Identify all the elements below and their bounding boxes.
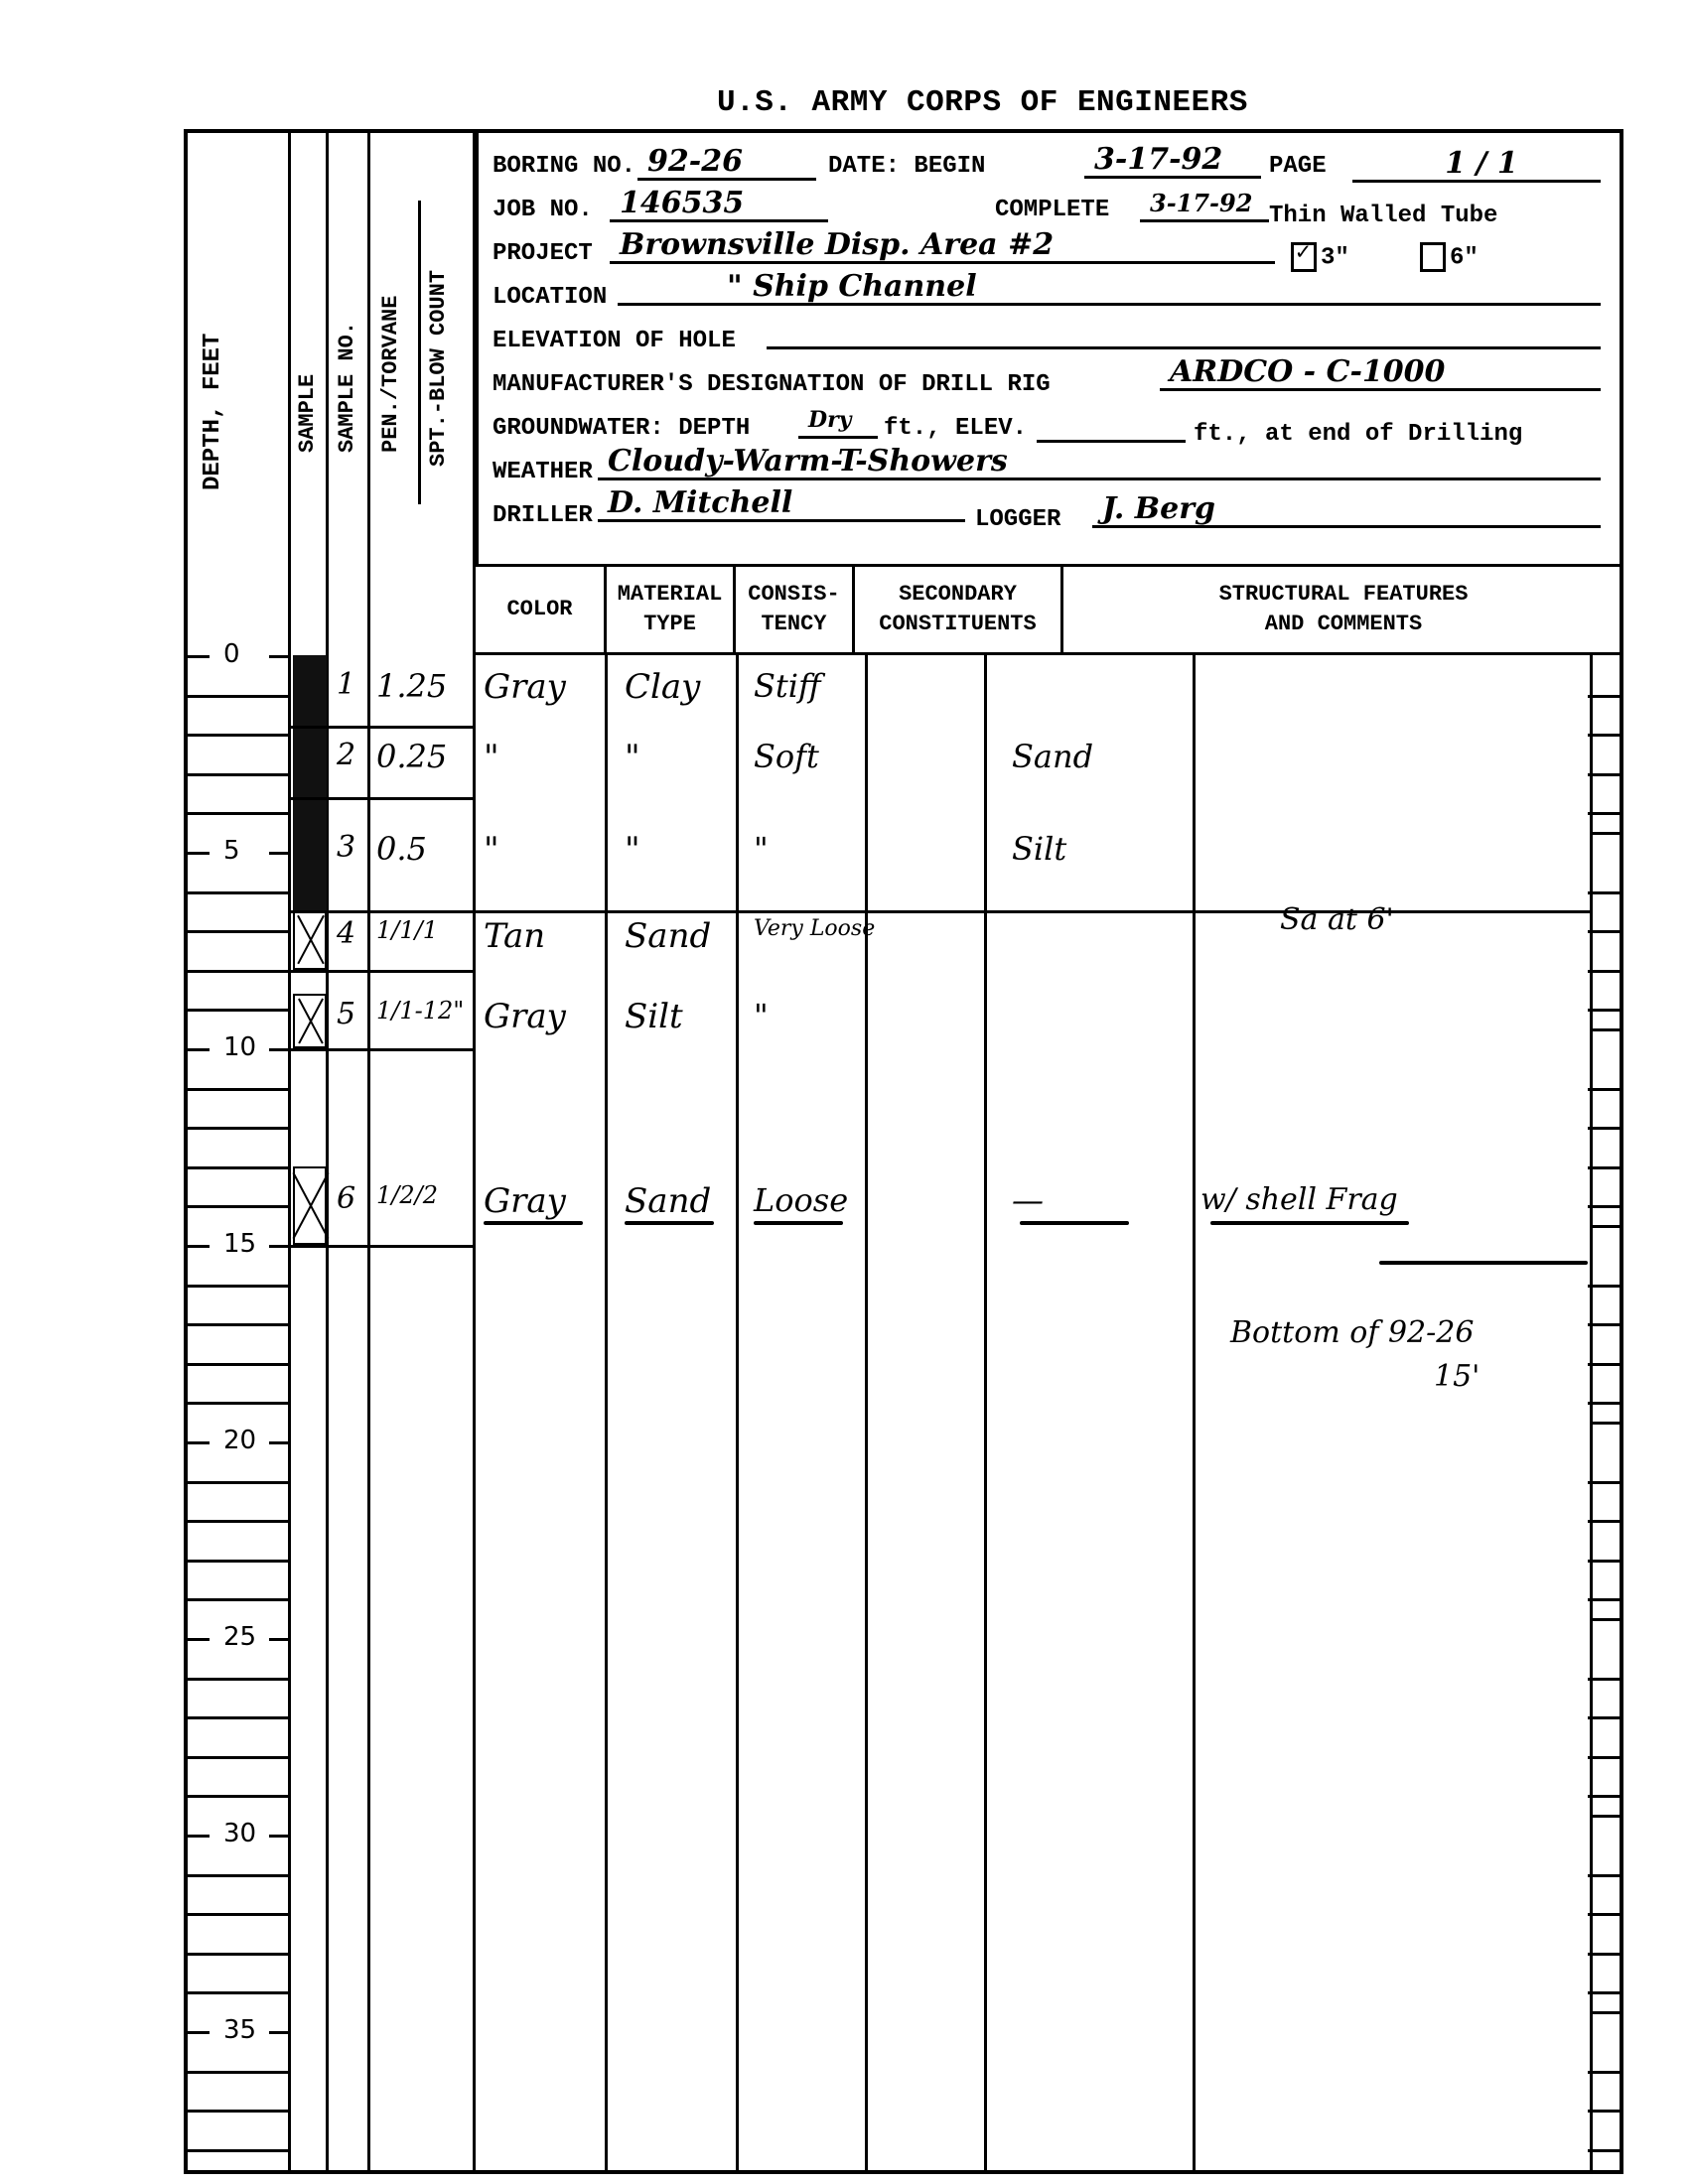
color-value[interactable]: " (484, 738, 499, 777)
complete-label: COMPLETE (995, 197, 1109, 223)
depth-foot-line (188, 1598, 291, 1601)
groundwater-elev-field[interactable] (1037, 405, 1186, 443)
depth-major-tick (269, 1441, 291, 1444)
thin-walled-tube-label: Thin Walled Tube (1269, 203, 1497, 229)
material-type-value[interactable]: Sand (625, 916, 711, 956)
depth-foot-line (188, 1166, 291, 1169)
sample-column-label: SAMPLE (295, 374, 320, 453)
depth-label: 35 (219, 2015, 260, 2045)
depth-foot-line (188, 2149, 291, 2152)
spt-blow-count-label: SPT.-BLOW COUNT (426, 270, 451, 467)
depth-major-tick (269, 1835, 291, 1838)
depth-major-tick (269, 1048, 291, 1051)
right-scale-tick (1588, 1913, 1620, 1916)
sample-number[interactable]: 2 (337, 738, 355, 772)
pen-torvane-value[interactable]: 1.25 (376, 667, 447, 705)
color-value[interactable]: " (484, 830, 499, 870)
pen-torvane-value[interactable]: 0.5 (376, 830, 427, 868)
depth-foot-line (188, 1795, 291, 1798)
depth-major-tick (269, 1245, 291, 1248)
color-value[interactable]: Gray (484, 997, 566, 1036)
log-body: 0510152025303511.25GrayClayStiff20.25""S… (188, 655, 1623, 2170)
depth-foot-line (188, 970, 291, 973)
material-type-value[interactable]: " (625, 738, 640, 777)
sample-row-line (291, 1245, 476, 1248)
sample-row-line (291, 970, 476, 973)
depth-foot-line (188, 1913, 291, 1916)
end-of-entry-underline (484, 1221, 583, 1225)
consistency-value[interactable]: Very Loose (754, 916, 875, 941)
right-scale-tick (1588, 1520, 1620, 1523)
thin-wall-sample-bar (293, 655, 327, 910)
material-type-value[interactable]: " (625, 830, 640, 870)
right-scale-tick (1588, 1678, 1620, 1681)
consistency-header: CONSIS-TENCY (736, 567, 855, 652)
depth-label: 25 (219, 1622, 260, 1652)
depth-foot-line (188, 930, 291, 933)
depth-foot-line (188, 1520, 291, 1523)
comment-shell-fragments[interactable]: w/ shell Frag (1200, 1182, 1398, 1217)
groundwater-depth-field[interactable]: Dry (798, 401, 878, 439)
elevation-field[interactable] (767, 312, 1601, 349)
depth-foot-line (188, 812, 291, 815)
depth-foot-line (188, 1874, 291, 1877)
depth-major-tick (188, 1638, 210, 1641)
comment-sand-at-6ft[interactable]: Sa at 6' (1280, 902, 1394, 937)
material-type-header: MATERIALTYPE (607, 567, 736, 652)
right-scale-major (1590, 1028, 1621, 1031)
end-of-entry-underline (754, 1221, 843, 1225)
depth-foot-line (188, 1560, 291, 1563)
material-type-value[interactable]: Silt (625, 997, 683, 1036)
right-scale-tick (1588, 1323, 1620, 1326)
right-scale-tick (1588, 1560, 1620, 1563)
elevation-label: ELEVATION OF HOLE (493, 328, 736, 354)
sample-number[interactable]: 3 (337, 830, 355, 865)
project-label: PROJECT (493, 240, 593, 267)
depth-major-tick (269, 852, 291, 855)
depth-foot-line (188, 1363, 291, 1366)
split-spoon-sample-marker (293, 910, 327, 969)
stratum-boundary-line (291, 910, 1590, 913)
depth-foot-line (188, 1205, 291, 1208)
material-col-line (736, 655, 739, 2170)
right-scale-tick (1588, 1598, 1620, 1601)
depth-foot-line (188, 1716, 291, 1719)
right-scale-tick (1588, 1166, 1620, 1169)
right-scale-tick (1588, 2149, 1620, 2152)
right-scale-tick (1588, 1009, 1620, 1012)
right-scale-major (1590, 2011, 1621, 2014)
pen-torvane-value[interactable]: 0.25 (376, 738, 447, 775)
right-scale-tick (1588, 734, 1620, 737)
depth-foot-line (188, 1991, 291, 1994)
sample-row-line (291, 797, 476, 800)
header-block: BORING NO. 92-26 DATE: BEGIN 3-17-92 PAG… (476, 133, 1623, 564)
ft-elev-label: ft., ELEV. (884, 415, 1027, 442)
depth-label: 10 (219, 1032, 260, 1062)
boring-no-label: BORING NO. (493, 153, 635, 180)
right-scale-tick (1588, 1756, 1620, 1759)
color-value[interactable]: Gray (484, 1181, 566, 1221)
drill-rig-label: MANUFACTURER'S DESIGNATION OF DRILL RIG (493, 371, 1051, 398)
depth-major-tick (188, 1835, 210, 1838)
depth-label: 0 (219, 639, 244, 669)
fraction-bar (418, 201, 421, 504)
end-of-entry-underline (625, 1221, 714, 1225)
driller-field[interactable]: D. Mitchell (598, 484, 965, 522)
depth-foot-line (188, 1953, 291, 1956)
end-of-boring-line (1379, 1261, 1588, 1265)
weather-label: WEATHER (493, 459, 593, 485)
material-type-value[interactable]: Sand (625, 1181, 711, 1221)
sample-row-line (291, 726, 476, 729)
color-col-line (605, 655, 608, 2170)
location-label: LOCATION (493, 284, 607, 311)
form-title: U.S. ARMY CORPS OF ENGINEERS (717, 85, 1248, 120)
depth-major-tick (269, 1638, 291, 1641)
material-type-value[interactable]: Clay (625, 667, 700, 707)
right-scale-tick (1588, 1795, 1620, 1798)
sample-number[interactable]: 1 (337, 667, 355, 702)
split-spoon-sample-marker (293, 1166, 327, 1245)
right-scale-line (1590, 655, 1593, 2170)
sample-number[interactable]: 5 (337, 997, 355, 1031)
right-scale-tick (1588, 773, 1620, 776)
logger-label: LOGGER (975, 506, 1060, 533)
consistency-value[interactable]: Soft (754, 738, 819, 775)
structural-features-header: STRUCTURAL FEATURESAND COMMENTS (1063, 567, 1623, 652)
depth-major-tick (188, 1245, 210, 1248)
secondary-col-line (984, 655, 987, 2170)
boring-no-field[interactable]: 92-26 (637, 143, 816, 181)
depth-major-tick (188, 1048, 210, 1051)
pen-torvane-value[interactable]: 1/2/2 (376, 1181, 438, 1209)
consistency-value[interactable]: Stiff (754, 667, 821, 705)
depth-foot-line (188, 2071, 291, 2074)
secondary-constituent-value[interactable]: Sand (1012, 738, 1093, 775)
depth-major-tick (269, 2031, 291, 2034)
consistency-value[interactable]: " (754, 997, 769, 1034)
depth-foot-line (188, 773, 291, 776)
consistency-value[interactable]: " (754, 830, 769, 868)
structural-col-line (1193, 655, 1196, 2170)
pen-torvane-label: PEN./TORVANE (378, 296, 403, 453)
depth-label: 15 (219, 1229, 260, 1259)
depth-foot-line (188, 1088, 291, 1091)
sample-number[interactable]: 4 (337, 916, 355, 951)
right-scale-major (1590, 832, 1621, 835)
depth-foot-line (188, 734, 291, 737)
right-scale-tick (1588, 1205, 1620, 1208)
right-scale-tick (1588, 970, 1620, 973)
logger-field[interactable]: J. Berg (1092, 490, 1601, 528)
depth-foot-line (188, 891, 291, 894)
right-scale-tick (1588, 930, 1620, 933)
color-value[interactable]: Gray (484, 667, 566, 707)
right-scale-tick (1588, 1363, 1620, 1366)
end-of-entry-underline (1210, 1221, 1409, 1225)
right-scale-tick (1588, 2071, 1620, 2074)
depth-column-label: DEPTH, FEET (200, 334, 226, 490)
job-no-field[interactable]: 146535 (610, 185, 828, 222)
right-scale-tick (1588, 1481, 1620, 1484)
consistency-col-line (865, 655, 868, 2170)
job-no-label: JOB NO. (493, 197, 593, 223)
color-header: COLOR (476, 567, 607, 652)
depth-foot-line (188, 1481, 291, 1484)
driller-label: DRILLER (493, 502, 593, 529)
secondary-constituents-header: SECONDARYCONSTITUENTS (855, 567, 1063, 652)
depth-foot-line (188, 1402, 291, 1405)
split-spoon-sample-marker (293, 994, 327, 1048)
right-scale-tick (1588, 812, 1620, 815)
comment-bottom-depth[interactable]: 15' (1434, 1359, 1480, 1394)
weather-field[interactable]: Cloudy-Warm-T-Showers (598, 443, 1601, 480)
depth-foot-line (188, 1323, 291, 1326)
right-scale-tick (1588, 891, 1620, 894)
right-scale-major (1590, 1422, 1621, 1425)
sample-number[interactable]: 6 (337, 1181, 355, 1216)
right-scale-tick (1588, 1285, 1620, 1288)
secondary-constituent-value[interactable]: — (1012, 1181, 1044, 1219)
depth-label: 20 (219, 1426, 260, 1455)
page-field[interactable]: 1 / 1 (1352, 145, 1601, 183)
depth-major-tick (269, 655, 291, 658)
groundwater-label: GROUNDWATER: DEPTH (493, 415, 750, 442)
depth-foot-line (188, 2110, 291, 2113)
right-scale-major (1590, 1815, 1621, 1818)
date-label: DATE: (828, 153, 900, 180)
right-scale-tick (1588, 1953, 1620, 1956)
boring-log-form: DEPTH, FEET SAMPLE SAMPLE NO. PEN./TORVA… (184, 129, 1623, 2174)
depth-foot-line (188, 1127, 291, 1130)
depth-major-tick (188, 852, 210, 855)
drill-rig-field[interactable]: ARDCO - C-1000 (1160, 353, 1601, 391)
complete-date-field[interactable]: 3-17-92 (1140, 185, 1269, 222)
right-scale-tick (1588, 1716, 1620, 1719)
secondary-constituent-value[interactable]: Silt (1012, 830, 1066, 868)
depth-foot-line (188, 695, 291, 698)
depth-foot-line (188, 1756, 291, 1759)
begin-date-field[interactable]: 3-17-92 (1084, 141, 1261, 179)
begin-label: BEGIN (914, 153, 985, 180)
depth-foot-line (188, 1678, 291, 1681)
depth-major-tick (188, 655, 210, 658)
right-scale-tick (1588, 1874, 1620, 1877)
table-header: COLOR MATERIALTYPE CONSIS-TENCY SECONDAR… (476, 564, 1623, 655)
right-scale-tick (1588, 695, 1620, 698)
comment-bottom-of-boring[interactable]: Bottom of 92-26 (1230, 1315, 1474, 1350)
depth-foot-line (188, 1009, 291, 1012)
depth-label: 5 (219, 836, 244, 866)
right-scale-tick (1588, 1402, 1620, 1405)
depth-major-tick (188, 2031, 210, 2034)
location-field[interactable]: " Ship Channel (618, 268, 1601, 306)
sample-row-line (291, 1048, 476, 1051)
page-label: PAGE (1269, 153, 1327, 180)
sample-no-column-label: SAMPLE NO. (335, 322, 359, 453)
color-value[interactable]: Tan (484, 916, 545, 956)
right-scale-tick (1588, 2110, 1620, 2113)
pen-torvane-value[interactable]: 1/1-12" (376, 997, 464, 1024)
end-of-entry-underline (1020, 1221, 1129, 1225)
right-scale-tick (1588, 1127, 1620, 1130)
right-scale-major (1590, 1618, 1621, 1621)
depth-major-tick (188, 1441, 210, 1444)
project-field[interactable]: Brownsville Disp. Area #2 (610, 226, 1275, 264)
consistency-value[interactable]: Loose (754, 1181, 848, 1219)
right-scale-major (1590, 1225, 1621, 1228)
right-scale-tick (1588, 1991, 1620, 1994)
right-scale-tick (1588, 1088, 1620, 1091)
pen-torvane-value[interactable]: 1/1/1 (376, 916, 438, 944)
depth-foot-line (188, 1285, 291, 1288)
depth-label: 30 (219, 1819, 260, 1848)
